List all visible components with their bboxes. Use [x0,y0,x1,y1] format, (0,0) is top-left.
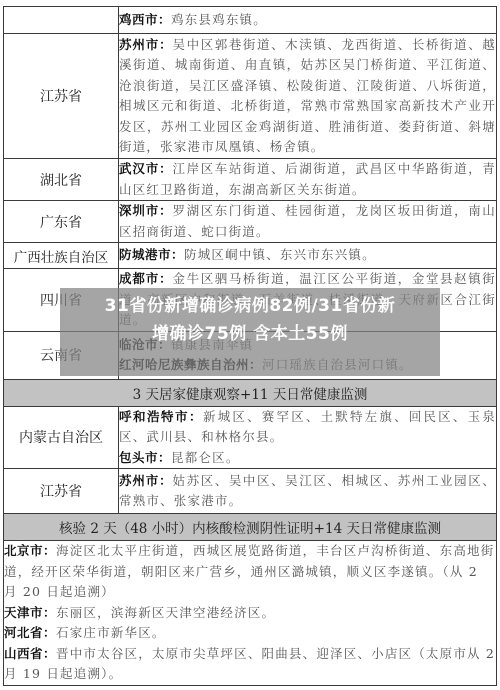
table-row: 鸡西市：鸡东县鸡东镇。 [4,7,497,34]
headline-line-2: 增确诊75例 含本土55例 [60,320,440,348]
table-row: 江苏省 苏州市：吴中区郭巷街道、木渎镇、龙西街道、长桥街道、越溪街道、城南街道、… [4,34,497,159]
table-row: 北京市：海淀区北太平庄街道，西城区展览路街道，丰台区卢沟桥街道、东高地街道，经开… [4,541,497,686]
area-list: 晋中市太谷区，太原市尖草坪区、阳曲县、迎泽区、小店区（太原市从 2 月 19 日… [4,646,495,682]
area-list: 江岸区车站街道、后湖街道，武昌区中华路街道，青山区红卫路街道，东湖高新区关东街道… [119,161,496,197]
area-list: 姑苏区、吴中区、吴江区、相城区、苏州工业园区、常熟市、张家港市。 [119,473,496,509]
table-row: 江苏省 苏州市：姑苏区、吴中区、吴江区、相城区、苏州工业园区、常熟市、张家港市。 [4,469,497,514]
section-heading-row: 核验 2 天（48 小时）内核酸检测阴性证明+14 天日常健康监测 [4,514,497,541]
province-cell: 江苏省 [4,34,119,159]
city-name: 山西省： [4,646,56,661]
detail-cell: 防城港市：防城区峒中镇、东兴市东兴镇。 [119,243,497,269]
province-cell: 广东省 [4,201,119,243]
area-list: 吴中区郭巷街道、木渎镇、龙西街道、长桥街道、越溪街道、城南街道、甪直镇，姑苏区吴… [119,37,496,155]
city-name: 苏州市： [119,37,173,52]
city-name: 苏州市： [119,473,173,488]
city-name: 呼和浩特市： [119,409,203,424]
city-name: 成都市： [119,271,173,286]
province-cell: 湖北省 [4,159,119,201]
province-cell: 广西壮族自治区 [4,243,119,269]
area-list: 海淀区北太平庄街道，西城区展览路街道，丰台区卢沟桥街道、东高地街道，经开区荣华街… [4,543,494,599]
section-heading-row: 3 天居家健康观察+11 天日常健康监测 [4,379,497,406]
area-list: 罗湖区东门街道、桂园街道，龙岗区坂田街道，南山区招商街道、蛇口街道。 [119,203,496,239]
detail-cell: 呼和浩特市：新城区、赛罕区、土默特左旗、回民区、玉泉区、武川县、和林格尔县。 包… [119,406,497,469]
province-cell: 江苏省 [4,469,119,514]
detail-cell: 武汉市：江岸区车站街道、后湖街道，武昌区中华路街道，青山区红卫路街道，东湖高新区… [119,159,497,201]
detail-cell: 北京市：海淀区北太平庄街道，西城区展览路街道，丰台区卢沟桥街道、东高地街道，经开… [4,541,497,686]
province-cell: 内蒙古自治区 [4,406,119,469]
city-name: 鸡西市： [119,12,171,27]
detail-cell: 鸡西市：鸡东县鸡东镇。 [119,7,497,34]
detail-cell: 苏州市：吴中区郭巷街道、木渎镇、龙西街道、长桥街道、越溪街道、城南街道、甪直镇，… [119,34,497,159]
section-heading: 核验 2 天（48 小时）内核酸检测阴性证明+14 天日常健康监测 [4,514,497,541]
city-name: 防城港市： [119,247,184,262]
city-name: 武汉市： [119,161,173,176]
table-row: 广东省 深圳市：罗湖区东门街道、桂园街道，龙岗区坂田街道，南山区招商街道、蛇口街… [4,201,497,243]
area-list: 鸡东县鸡东镇。 [171,12,267,27]
city-name: 天津市： [4,605,56,620]
detail-cell: 苏州市：姑苏区、吴中区、吴江区、相城区、苏州工业园区、常熟市、张家港市。 [119,469,497,514]
table-row: 广西壮族自治区 防城港市：防城区峒中镇、东兴市东兴镇。 [4,243,497,269]
headline-line-1: 31省份新增确诊病例82例/31省份新 [60,292,440,320]
city-name: 北京市： [4,543,56,558]
city-name: 河北省： [4,625,56,640]
city-name: 深圳市： [119,203,173,218]
city-name: 包头市： [119,450,171,465]
area-list: 防城区峒中镇、东兴市东兴镇。 [184,247,376,262]
headline-overlay-text: 31省份新增确诊病例82例/31省份新 增确诊75例 含本土55例 [60,292,440,348]
area-list: 石家庄市新华区。 [56,625,166,640]
table-row: 湖北省 武汉市：江岸区车站街道、后湖街道，武昌区中华路街道，青山区红卫路街道，东… [4,159,497,201]
section-heading: 3 天居家健康观察+11 天日常健康监测 [4,379,497,406]
detail-cell: 深圳市：罗湖区东门街道、桂园街道，龙岗区坂田街道，南山区招商街道、蛇口街道。 [119,201,497,243]
area-list: 昆都仑区。 [171,450,240,465]
province-cell [4,7,119,34]
table-row: 内蒙古自治区 呼和浩特市：新城区、赛罕区、土默特左旗、回民区、玉泉区、武川县、和… [4,406,497,469]
area-list: 东丽区，滨海新区天津空港经济区。 [56,605,275,620]
